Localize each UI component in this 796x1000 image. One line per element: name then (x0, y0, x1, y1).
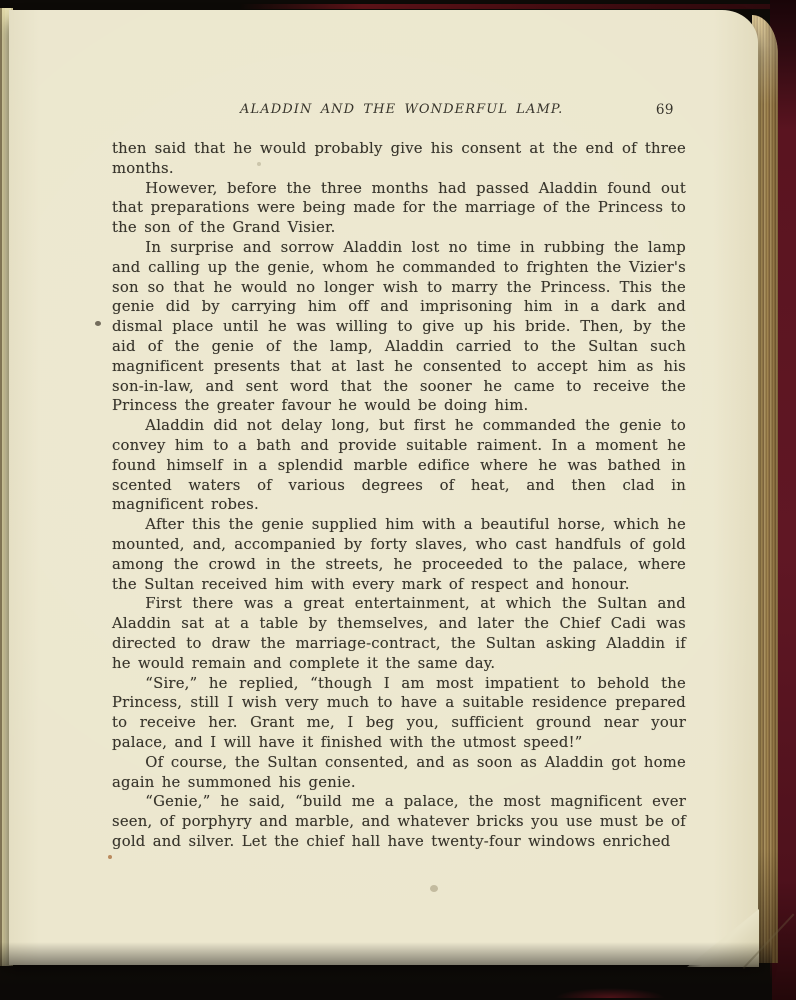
paragraph: In surprise and sorrow Aladdin lost no t… (112, 238, 686, 416)
page-number: 69 (656, 102, 674, 118)
page-speck (108, 855, 112, 859)
paragraph: “Genie,” he said, “build me a palace, th… (112, 792, 686, 851)
paragraph: Aladdin did not delay long, but first he… (112, 416, 686, 515)
paragraph: However, before the three months had pas… (112, 179, 686, 238)
paragraph: Of course, the Sultan consented, and as … (112, 753, 686, 793)
paragraph: “Sire,” he replied, “though I am most im… (112, 674, 686, 753)
running-header: ALADDIN AND THE WONDERFUL LAMP. 69 (112, 102, 686, 124)
page-speck (257, 162, 261, 166)
cover-top-glint (240, 4, 796, 9)
running-title: ALADDIN AND THE WONDERFUL LAMP. (240, 102, 563, 117)
paragraph: First there was a great entertainment, a… (112, 594, 686, 673)
page-speck (430, 885, 438, 892)
paragraph: After this the genie supplied him with a… (112, 515, 686, 594)
book-page: ALADDIN AND THE WONDERFUL LAMP. 69 then … (9, 10, 758, 965)
body-text: then said that he would probably give hi… (112, 139, 686, 852)
paragraph: then said that he would probably give hi… (112, 139, 686, 179)
book-scan: ALADDIN AND THE WONDERFUL LAMP. 69 then … (0, 0, 796, 1000)
page-speck (95, 321, 101, 326)
bottom-cover-glint (555, 988, 665, 998)
